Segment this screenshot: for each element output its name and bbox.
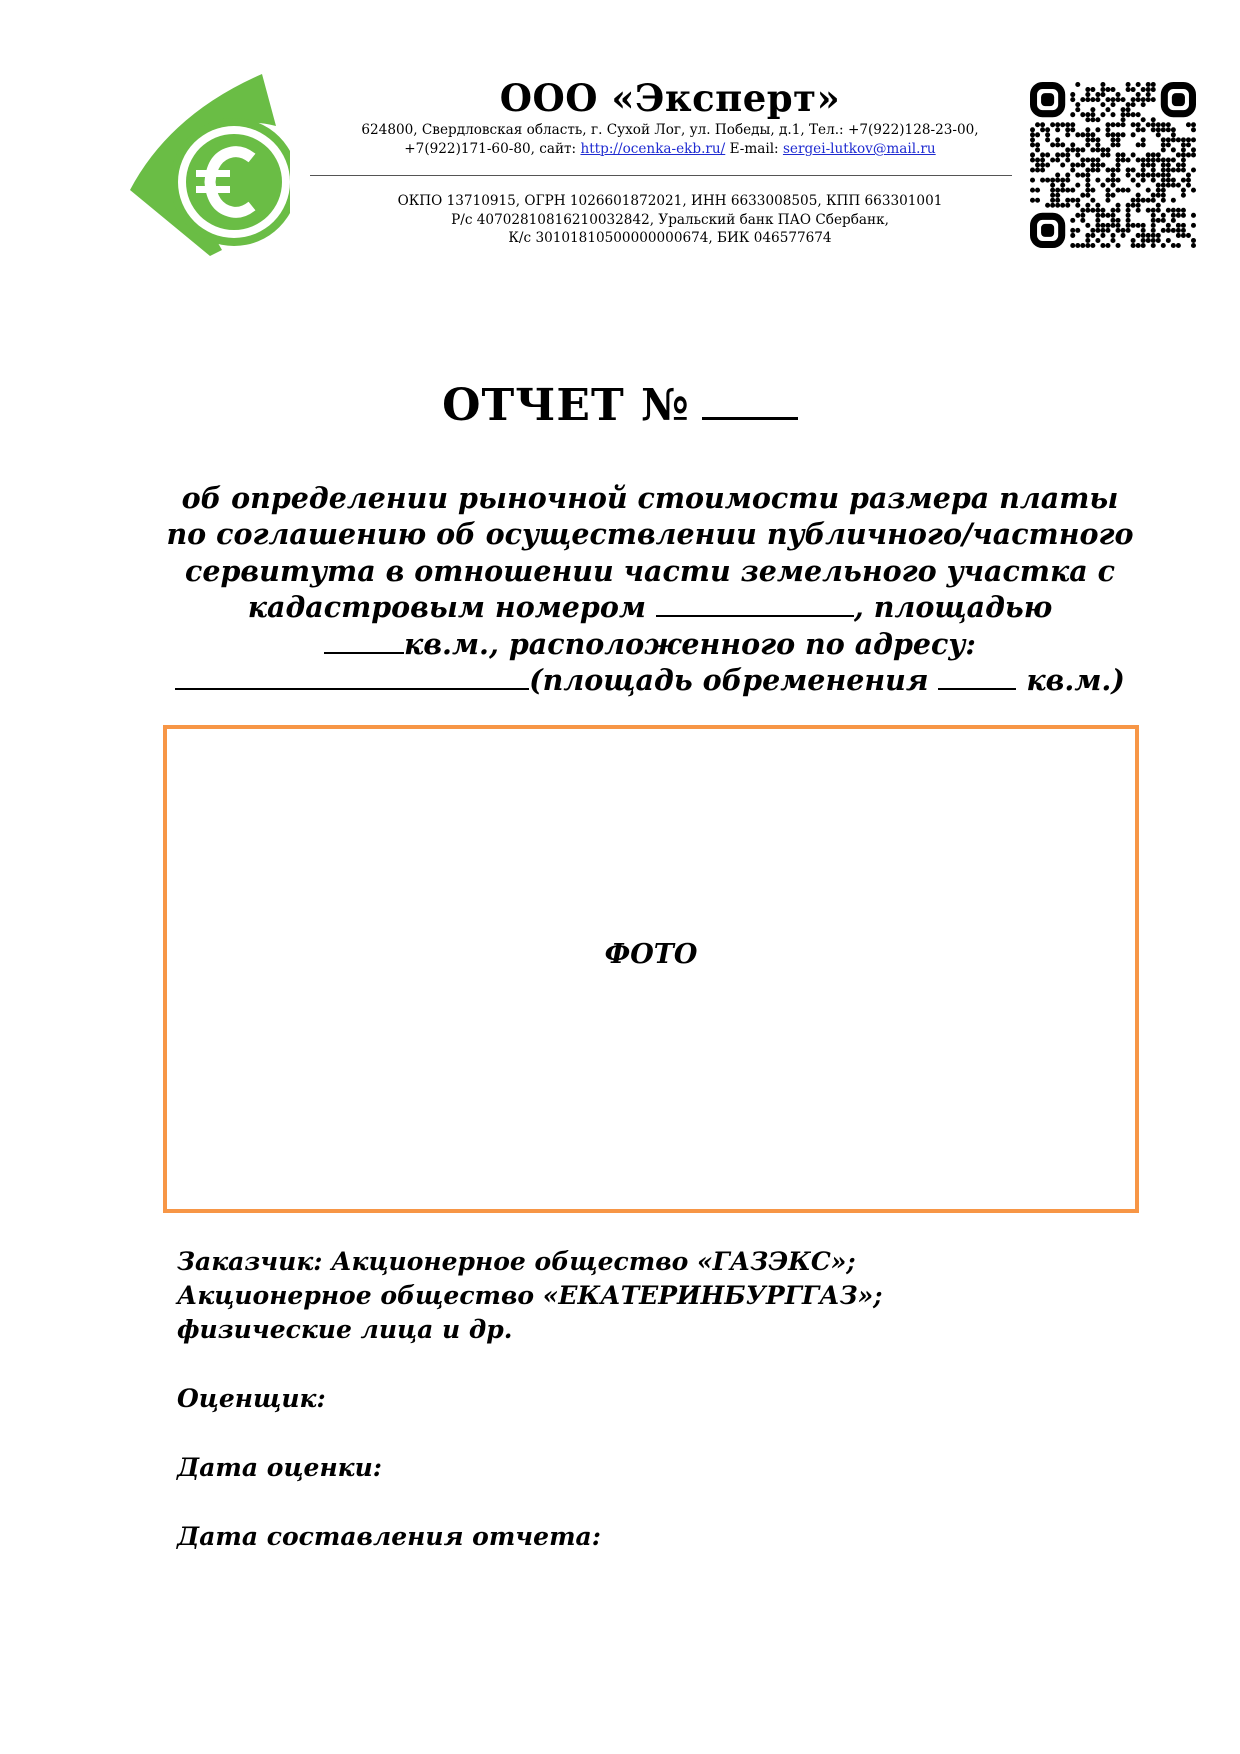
address-line-2: +7(922)171-60-80, сайт: http://ocenka-ek… <box>300 140 1040 159</box>
qr-code-icon <box>1030 82 1196 248</box>
subject-line-1: об определении рыночной стоимости размер… <box>150 480 1150 516</box>
report-title-text: ОТЧЕТ № <box>442 380 690 431</box>
address-blank <box>175 662 529 690</box>
requisites-line-3: К/с 30101810500000000674, БИК 046577674 <box>300 229 1040 248</box>
address-line-1: 624800, Свердловская область, г. Сухой Л… <box>300 121 1040 140</box>
encumbrance-label: (площадь обременения <box>529 663 938 697</box>
encumbrance-area-blank <box>938 662 1016 690</box>
customer-line-3: физические лица и др. <box>177 1313 1077 1347</box>
report-date-label: Дата составления отчета: <box>177 1520 1077 1554</box>
company-name: ООО «Эксперт» <box>310 76 1030 120</box>
subject-line-5: кв.м., расположенного по адресу: <box>150 626 1150 662</box>
customer-line-1: Заказчик: Акционерное общество «ГАЗЭКС»; <box>177 1245 1077 1279</box>
customer-info: Заказчик: Акционерное общество «ГАЗЭКС»;… <box>177 1245 1077 1347</box>
company-address: 624800, Свердловская область, г. Сухой Л… <box>300 121 1040 159</box>
photo-placeholder: ФОТО <box>163 725 1139 1213</box>
report-number-blank <box>702 381 798 420</box>
address-label: кв.м., расположенного по адресу: <box>404 627 976 661</box>
requisites-line-2: Р/с 40702810816210032842, Уральский банк… <box>300 211 1040 230</box>
subject-line-4: кадастровым номером , площадью <box>150 589 1150 625</box>
appraiser-label: Оценщик: <box>177 1382 1077 1416</box>
cadastral-label: кадастровым номером <box>248 590 656 624</box>
report-cover-page: ООО «Эксперт» 624800, Свердловская облас… <box>0 0 1240 1754</box>
website-link[interactable]: http://ocenka-ekb.ru/ <box>580 141 725 157</box>
photo-label: ФОТО <box>167 937 1135 973</box>
email-link[interactable]: sergei-lutkov@mail.ru <box>783 141 936 157</box>
subject-line-2: по соглашению об осуществлении публичног… <box>150 516 1150 552</box>
header-divider <box>310 175 1012 176</box>
valuation-date-label: Дата оценки: <box>177 1451 1077 1485</box>
subject-line-6: (площадь обременения кв.м.) <box>150 662 1150 698</box>
customer-line-2: Акционерное общество «ЕКАТЕРИНБУРГГАЗ»; <box>177 1279 1077 1313</box>
area-blank <box>324 626 404 654</box>
requisites-line-1: ОКПО 13710915, ОГРН 1026601872021, ИНН 6… <box>300 192 1040 211</box>
address-phone-prefix: +7(922)171-60-80, сайт: <box>404 141 580 157</box>
encumbrance-unit: кв.м.) <box>1016 663 1124 697</box>
company-logo-euro-icon <box>130 74 290 256</box>
subject-line-3: сервитута в отношении части земельного у… <box>150 553 1150 589</box>
area-label: , площадью <box>854 590 1052 624</box>
report-title: ОТЧЕТ № <box>0 378 1240 434</box>
email-label: E-mail: <box>725 141 783 157</box>
cadastral-number-blank <box>656 589 854 617</box>
company-requisites: ОКПО 13710915, ОГРН 1026601872021, ИНН 6… <box>300 192 1040 248</box>
report-subject: об определении рыночной стоимости размер… <box>150 480 1150 698</box>
